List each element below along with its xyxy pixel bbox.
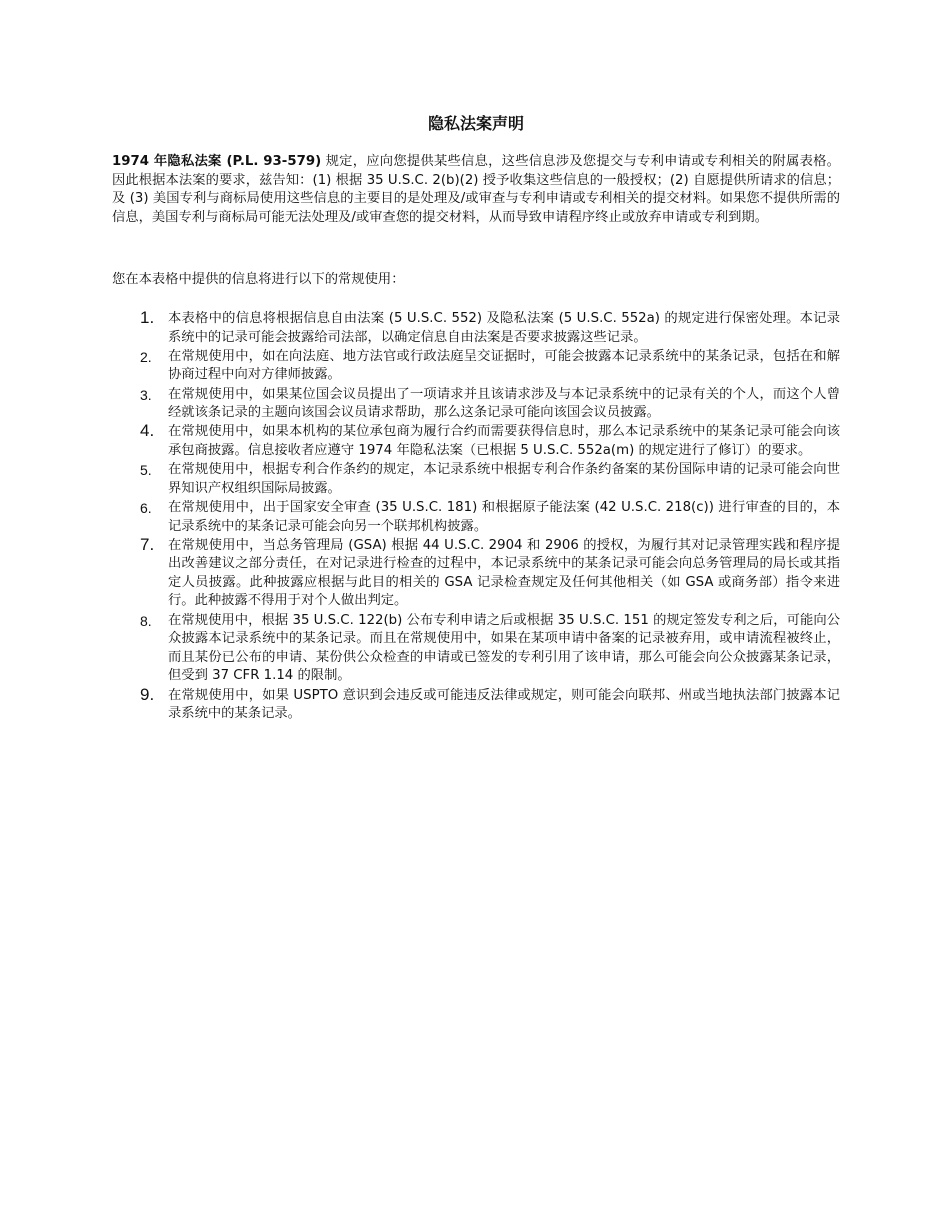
- list-item-number: 8.: [140, 612, 152, 631]
- list-item-number: 7.: [140, 536, 154, 555]
- list-item-number: 9.: [140, 686, 154, 705]
- list-item-number: 1.: [140, 309, 154, 328]
- list-item-text: 在常规使用中，根据专利合作条约的规定，本记录系统中根据专利合作条约备案的某份国际…: [168, 462, 840, 496]
- list-item-text: 本表格中的信息将根据信息自由法案 (5 U.S.C. 552) 及隐私法案 (5…: [168, 311, 840, 345]
- list-item: 5. 在常规使用中，根据专利合作条约的规定，本记录系统中根据专利合作条约备案的某…: [140, 461, 840, 498]
- list-item-text: 在常规使用中，如果本机构的某位承包商为履行合约而需要获得信息时，那么本记录系统中…: [168, 424, 840, 458]
- list-item: 4. 在常规使用中，如果本机构的某位承包商为履行合约而需要获得信息时，那么本记录…: [140, 423, 840, 460]
- list-item: 6. 在常规使用中，出于国家安全审查 (35 U.S.C. 181) 和根据原子…: [140, 499, 840, 536]
- list-item-number: 3.: [140, 386, 152, 405]
- routine-uses-lead: 您在本表格中提供的信息将进行以下的常规使用：: [112, 271, 840, 290]
- list-item: 1. 本表格中的信息将根据信息自由法案 (5 U.S.C. 552) 及隐私法案…: [140, 310, 840, 347]
- list-item: 2. 在常规使用中，如在向法庭、地方法官或行政法庭呈交证据时，可能会披露本记录系…: [140, 348, 840, 385]
- list-item-number: 5.: [140, 461, 152, 480]
- list-item-number: 2.: [140, 348, 152, 367]
- intro-bold-lead: 1974 年隐私法案 (P.L. 93-579): [112, 154, 321, 169]
- list-item-text: 在常规使用中，当总务管理局 (GSA) 根据 44 U.S.C. 2904 和 …: [168, 538, 840, 609]
- list-item-text: 在常规使用中，如果 USPTO 意识到会违反或可能违反法律或规定，则可能会向联邦…: [168, 688, 840, 722]
- intro-paragraph: 1974 年隐私法案 (P.L. 93-579) 规定，应向您提供某些信息，这些…: [112, 153, 840, 227]
- list-item: 7. 在常规使用中，当总务管理局 (GSA) 根据 44 U.S.C. 2904…: [140, 537, 840, 611]
- list-item-text: 在常规使用中，如果某位国会议员提出了一项请求并且该请求涉及与本记录系统中的记录有…: [168, 387, 840, 421]
- list-item: 3. 在常规使用中，如果某位国会议员提出了一项请求并且该请求涉及与本记录系统中的…: [140, 386, 840, 423]
- list-item-text: 在常规使用中，出于国家安全审查 (35 U.S.C. 181) 和根据原子能法案…: [168, 500, 840, 534]
- list-item: 9. 在常规使用中，如果 USPTO 意识到会违反或可能违反法律或规定，则可能会…: [140, 687, 840, 724]
- list-item-number: 4.: [140, 422, 154, 441]
- list-item-text: 在常规使用中，如在向法庭、地方法官或行政法庭呈交证据时，可能会披露本记录系统中的…: [168, 349, 840, 383]
- list-item-number: 6.: [140, 499, 152, 518]
- page-title: 隐私法案声明: [58, 113, 894, 135]
- list-item: 8. 在常规使用中，根据 35 U.S.C. 122(b) 公布专利申请之后或根…: [140, 612, 840, 686]
- list-item-text: 在常规使用中，根据 35 U.S.C. 122(b) 公布专利申请之后或根据 3…: [168, 613, 840, 684]
- routine-uses-list: 1. 本表格中的信息将根据信息自由法案 (5 U.S.C. 552) 及隐私法案…: [140, 310, 840, 724]
